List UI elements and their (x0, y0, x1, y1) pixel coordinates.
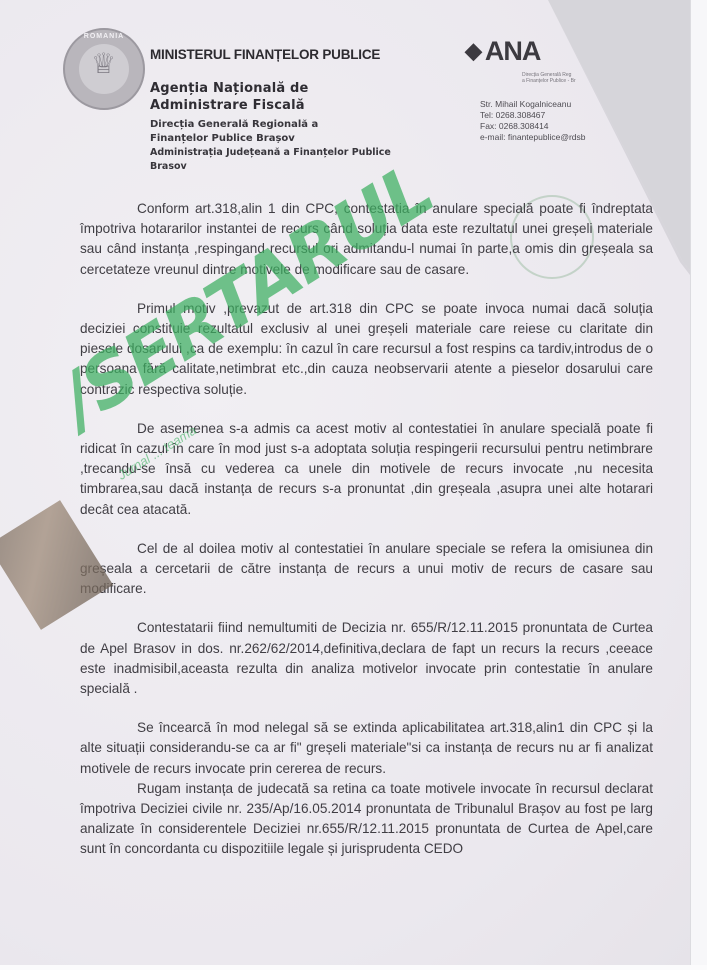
paragraph-6: Se încearcă în mod nelegal să se extinda… (80, 718, 653, 779)
directorate-line-1: Direcția Generală Regională a (150, 118, 391, 132)
anaf-logo-text: ANA (485, 36, 541, 66)
logo-subtext-2: a Finanțelor Publice - Br (522, 78, 576, 84)
directorate-line-4: Brasov (150, 160, 391, 174)
directorate-block: Direcția Generală Regională a Finanțelor… (150, 118, 391, 174)
eagle-icon: ♕ (91, 50, 116, 78)
phone: Tel: 0268.308467 (480, 110, 586, 121)
agency-line-2: Administrare Fiscală (150, 97, 309, 114)
paragraph-1: Conform art.318,alin 1 din CPC, contesta… (80, 199, 653, 280)
seal-label: ROMANIA (65, 33, 143, 40)
paragraph-2: Primul motiv ,prevazut de art.318 din CP… (80, 299, 653, 400)
paragraph-5: Contestatarii fiind nemultumiti de Deciz… (80, 618, 653, 699)
paragraph-3: De asemenea s-a admis ca acest motiv al … (80, 419, 653, 520)
email: e-mail: finantepublice@rdsb (480, 132, 586, 143)
fax: Fax: 0268.308414 (480, 121, 586, 132)
coat-of-arms-seal-icon: ROMANIA ♕ (63, 28, 145, 110)
directorate-line-3: Administrația Județeană a Finanțelor Pub… (150, 146, 391, 160)
contact-block: Str. Mihail Kogalniceanu Tel: 0268.30846… (480, 99, 586, 143)
page-edge (690, 0, 707, 970)
agency-name: Agenția Națională de Administrare Fiscal… (150, 80, 309, 114)
paragraph-7: Rugam instanța de judecată sa retina ca … (80, 779, 653, 860)
directorate-line-2: Finanțelor Publice Brașov (150, 132, 391, 146)
address: Str. Mihail Kogalniceanu (480, 99, 586, 110)
paragraph-4: Cel de al doilea motiv al contestatiei î… (80, 539, 653, 600)
document-body: Conform art.318,alin 1 din CPC, contesta… (80, 199, 653, 879)
agency-line-1: Agenția Națională de (150, 80, 309, 97)
ministry-title: MINISTERUL FINANȚELOR PUBLICE (150, 47, 380, 62)
anaf-logo-subtext: Direcția Generală Reg a Finanțelor Publi… (522, 72, 576, 84)
page-bottom-edge (0, 965, 707, 970)
anaf-logo: ◆ANA (465, 38, 540, 65)
anaf-logo-icon: ◆ (465, 38, 481, 63)
